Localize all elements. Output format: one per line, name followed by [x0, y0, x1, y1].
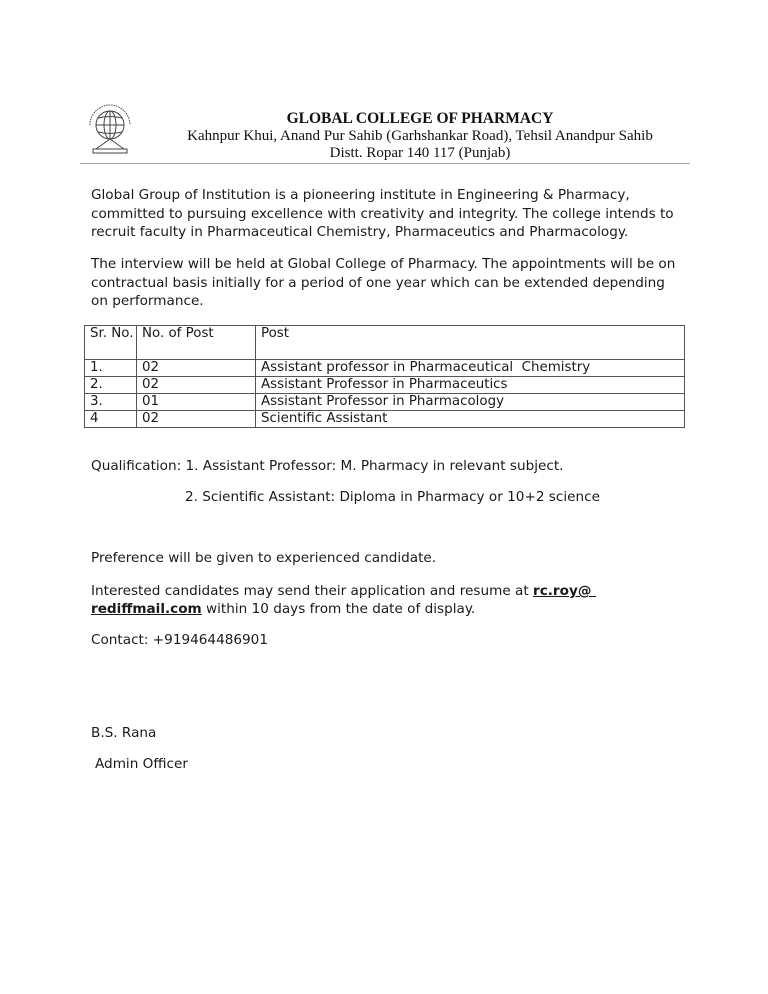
- globe-emblem-icon: [80, 103, 140, 157]
- qualification-line-1: Qualification: 1. Assistant Professor: M…: [91, 458, 564, 474]
- qualification-line-2: 2. Scientific Assistant: Diploma in Phar…: [185, 489, 600, 505]
- application-suffix: within 10 days from the date of display.: [202, 601, 476, 617]
- contact-number: Contact: +919464486901: [91, 632, 268, 648]
- address-line-1: Kahnpur Khui, Anand Pur Sahib (Garhshank…: [150, 128, 690, 145]
- cell-count: 02: [137, 411, 256, 428]
- email-link-part1[interactable]: rc.roy@: [533, 583, 596, 599]
- table-row: 4 02 Scientific Assistant: [85, 411, 685, 428]
- posts-table: Sr. No. No. of Post Post 1. 02 Assistant…: [84, 325, 685, 428]
- signatory-name: B.S. Rana: [91, 725, 156, 741]
- interview-paragraph: The interview will be held at Global Col…: [91, 255, 681, 311]
- header-divider: [80, 163, 690, 164]
- table-row: 1. 02 Assistant professor in Pharmaceuti…: [85, 360, 685, 377]
- email-link-part2[interactable]: rediffmail.com: [91, 601, 202, 617]
- application-line-1: Interested candidates may send their app…: [91, 583, 596, 599]
- college-logo: [80, 103, 140, 157]
- cell-sr: 2.: [85, 377, 137, 394]
- address-line-2: Distt. Ropar 140 117 (Punjab): [150, 145, 690, 162]
- header-sr-no: Sr. No.: [85, 326, 137, 360]
- cell-sr: 1.: [85, 360, 137, 377]
- cell-count: 02: [137, 377, 256, 394]
- cell-sr: 4: [85, 411, 137, 428]
- cell-post: Assistant Professor in Pharmaceutics: [256, 377, 685, 394]
- cell-post: Assistant professor in Pharmaceutical Ch…: [256, 360, 685, 377]
- cell-sr: 3.: [85, 394, 137, 411]
- cell-count: 01: [137, 394, 256, 411]
- header-post: Post: [256, 326, 685, 360]
- intro-paragraph: Global Group of Institution is a pioneer…: [91, 186, 681, 242]
- table-header-row: Sr. No. No. of Post Post: [85, 326, 685, 360]
- college-name: GLOBAL COLLEGE OF PHARMACY: [150, 110, 690, 128]
- cell-post: Scientific Assistant: [256, 411, 685, 428]
- table-row: 3. 01 Assistant Professor in Pharmacolog…: [85, 394, 685, 411]
- application-prefix: Interested candidates may send their app…: [91, 583, 533, 599]
- preference-note: Preference will be given to experienced …: [91, 550, 436, 566]
- cell-count: 02: [137, 360, 256, 377]
- header-no-of-post: No. of Post: [137, 326, 256, 360]
- application-line-2: rediffmail.com within 10 days from the d…: [91, 601, 475, 617]
- cell-post: Assistant Professor in Pharmacology: [256, 394, 685, 411]
- signatory-title: Admin Officer: [95, 756, 188, 772]
- table-row: 2. 02 Assistant Professor in Pharmaceuti…: [85, 377, 685, 394]
